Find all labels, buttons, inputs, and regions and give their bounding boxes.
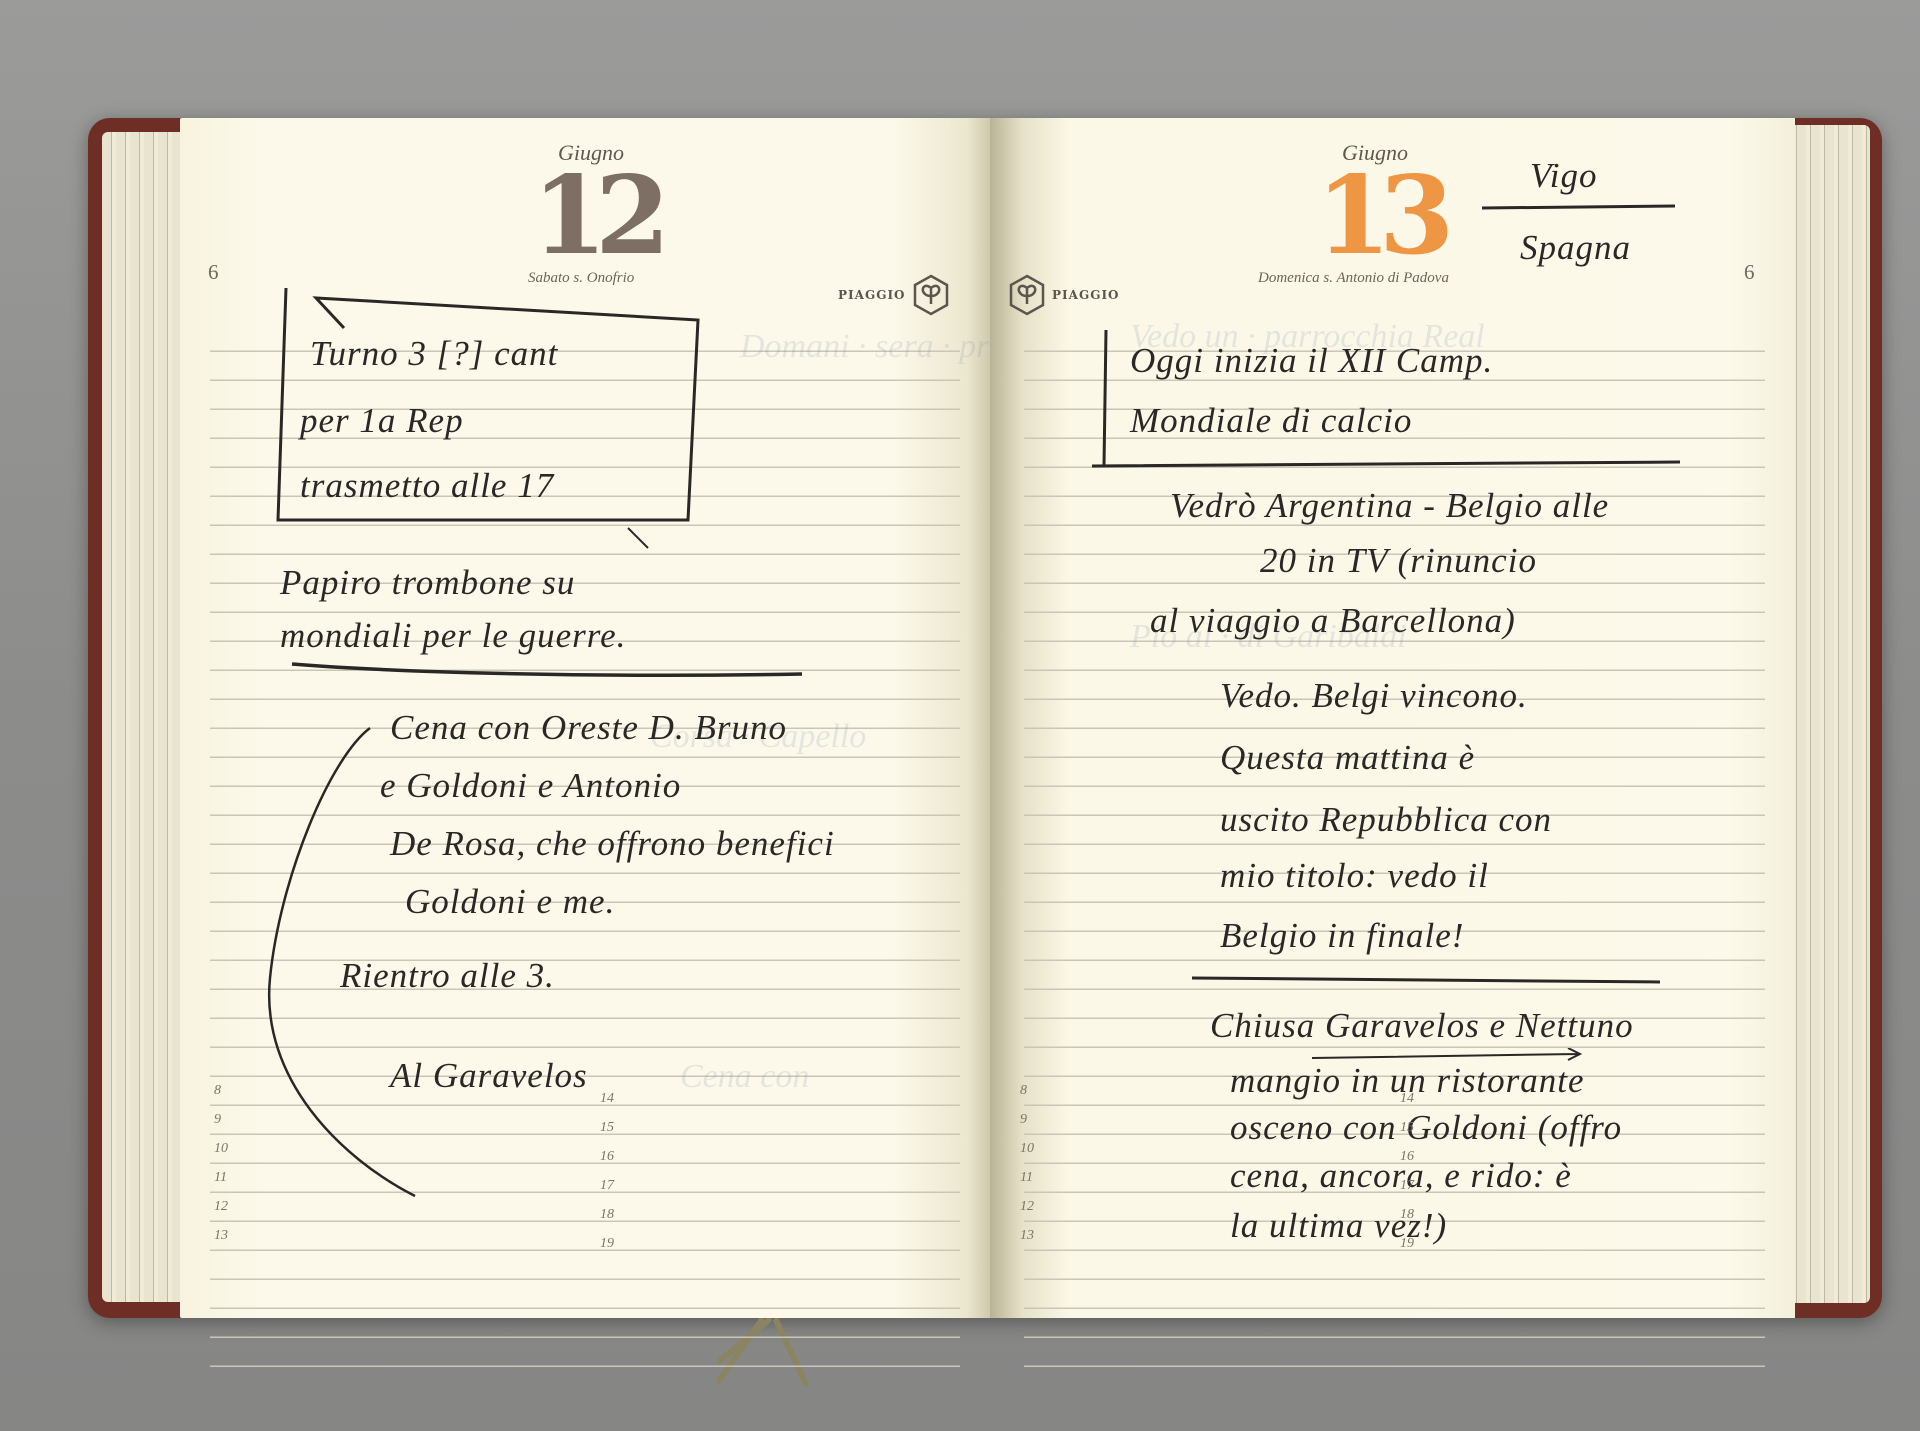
page-number: 6 (1744, 260, 1755, 285)
hour-column-morning: 8 9 10 11 12 13 (214, 1076, 228, 1250)
handwritten-line: 20 in TV (rinuncio (1260, 543, 1537, 578)
weekday-saint-line: Sabato s. Onofrio (528, 270, 634, 287)
handwritten-line: Rientro alle 3. (340, 958, 555, 993)
handwritten-line: Oggi inizia il XII Camp. (1130, 343, 1493, 378)
hour-column-morning: 8 9 10 11 12 13 (1020, 1076, 1034, 1250)
diary-page-june-12[interactable]: Domani · sera · pranzo Corsa · Capello C… (180, 118, 990, 1318)
hour-label: 19 (600, 1229, 614, 1258)
hour-label: 15 (600, 1113, 614, 1142)
handwritten-line: De Rosa, che offrono benefici (390, 826, 835, 861)
hour-column-afternoon: 14 15 16 17 18 19 (600, 1084, 614, 1258)
page-stack-left (102, 132, 182, 1302)
page-number: 6 (208, 260, 219, 285)
handwritten-line: Papiro trombone su (280, 565, 575, 600)
divider-stroke (290, 658, 810, 688)
divider-stroke (1190, 972, 1670, 992)
piaggio-hexagon-logo-icon (912, 274, 950, 316)
hour-label: 14 (600, 1084, 614, 1113)
hour-label: 11 (1020, 1163, 1034, 1192)
day-number: 12 (532, 162, 658, 270)
day-number: 13 (1316, 162, 1442, 270)
hour-label: 9 (214, 1105, 228, 1134)
hour-label: 15 (1400, 1113, 1414, 1142)
hour-label: 11 (214, 1163, 228, 1192)
hour-label: 19 (1400, 1229, 1414, 1258)
handwritten-line: Goldoni e me. (405, 884, 615, 919)
brand-name: PIAGGIO (1052, 288, 1120, 302)
hour-label: 13 (1020, 1221, 1034, 1250)
hour-label: 10 (214, 1134, 228, 1163)
hour-label: 8 (1020, 1076, 1034, 1105)
hour-label: 18 (600, 1200, 614, 1229)
piaggio-hexagon-logo-icon (1008, 274, 1046, 316)
hour-label: 14 (1400, 1084, 1414, 1113)
page-stack-right (1792, 125, 1870, 1303)
handwritten-line: Mondiale di calcio (1130, 403, 1412, 438)
hour-label: 9 (1020, 1105, 1034, 1134)
handwritten-line: per 1a Rep (300, 403, 464, 438)
brand-name: PIAGGIO (838, 288, 906, 302)
weekday-saint-line: Domenica s. Antonio di Padova (1258, 270, 1449, 287)
hour-label: 13 (214, 1221, 228, 1250)
handwritten-line: mio titolo: vedo il (1220, 858, 1489, 893)
handwritten-line: la ultima vez!) (1230, 1208, 1447, 1243)
handwritten-line: trasmetto alle 17 (300, 468, 554, 503)
hour-label: 18 (1400, 1200, 1414, 1229)
margin-note: Spagna (1520, 230, 1631, 265)
hour-column-afternoon: 14 15 16 17 18 19 (1400, 1084, 1414, 1258)
handwritten-line: Belgio in finale! (1220, 918, 1464, 953)
brand-mark: PIAGGIO (1008, 274, 1120, 316)
margin-note-stroke (1480, 198, 1680, 218)
bleed-through-text: Cena con (680, 1058, 809, 1096)
handwritten-line: Turno 3 [?] cant (310, 336, 558, 371)
handwritten-line: e Goldoni e Antonio (380, 768, 681, 803)
diary-page-june-13[interactable]: Vedo un · parrocchia Real Pio al · di Ga… (990, 118, 1795, 1318)
handwritten-line: mondiali per le guerre. (280, 618, 626, 653)
handwritten-line: Vedrò Argentina - Belgio alle (1170, 488, 1609, 523)
brand-mark: PIAGGIO (838, 274, 950, 316)
hour-label: 12 (214, 1192, 228, 1221)
hour-label: 8 (214, 1076, 228, 1105)
margin-note: Vigo (1530, 158, 1598, 193)
hour-label: 10 (1020, 1134, 1034, 1163)
hour-label: 12 (1020, 1192, 1034, 1221)
handwritten-line: uscito Repubblica con (1220, 802, 1552, 837)
handwritten-line: Questa mattina è (1220, 740, 1475, 775)
hour-label: 16 (1400, 1142, 1414, 1171)
handwritten-line: Chiusa Garavelos e Nettuno (1210, 1008, 1634, 1043)
handwritten-line: osceno con Goldoni (offro (1230, 1110, 1622, 1145)
handwritten-line: Cena con Oreste D. Bruno (390, 710, 787, 745)
handwritten-line: Al Garavelos (390, 1058, 588, 1093)
hour-label: 16 (600, 1142, 614, 1171)
hour-label: 17 (1400, 1171, 1414, 1200)
handwritten-line: Vedo. Belgi vincono. (1220, 678, 1528, 713)
hour-label: 17 (600, 1171, 614, 1200)
handwritten-line: al viaggio a Barcellona) (1150, 603, 1516, 638)
